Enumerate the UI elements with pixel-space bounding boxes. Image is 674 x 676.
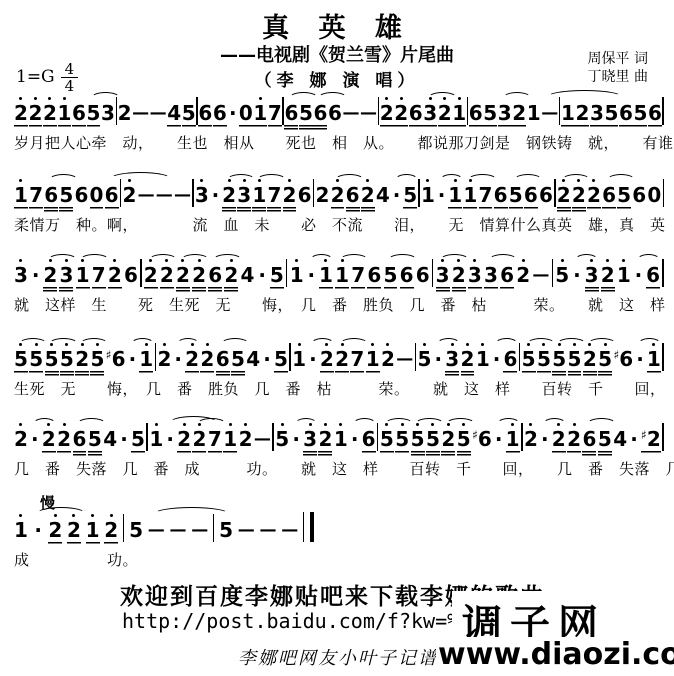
note: 6 [284, 94, 298, 131]
note: 6 [619, 94, 633, 131]
augmentation-dot: · [629, 420, 640, 457]
barline [432, 259, 434, 287]
note: 1 [366, 340, 380, 377]
note: 2 [572, 176, 586, 213]
augmentation-dot: · [227, 94, 238, 131]
note: 2 [157, 340, 171, 377]
lyrics-row: 成 功。 [14, 549, 314, 570]
note: ♯6 [106, 336, 126, 377]
time-signature: 44 [61, 62, 79, 93]
note: 7 [351, 256, 365, 293]
note: 5 [418, 340, 432, 377]
note: 6 [648, 94, 662, 131]
note: 6 [298, 176, 312, 213]
note: 5 [522, 340, 536, 377]
note: 2 [335, 340, 349, 377]
barline [286, 259, 288, 287]
note: 2 [524, 420, 538, 457]
note: 3 [195, 176, 209, 213]
sharp-sign: ♯ [641, 428, 647, 442]
note: 1 [139, 340, 153, 377]
augmentation-dot: · [307, 340, 318, 377]
dash-note: — [191, 511, 208, 548]
note: 6 [539, 176, 553, 213]
note: 5 [483, 94, 497, 131]
note: 1 [58, 94, 72, 131]
note: 2 [516, 256, 530, 293]
note: 1 [86, 511, 100, 548]
note: 1 [149, 420, 163, 457]
note: 1 [14, 176, 28, 213]
note: 2 [29, 94, 43, 131]
dash-note: — [532, 256, 549, 293]
note: 2 [108, 256, 122, 293]
note: 5 [59, 176, 73, 213]
dash-note: — [170, 511, 187, 548]
note: 5 [231, 340, 245, 377]
note: 4 [167, 94, 181, 131]
credits: 周保平 词 丁晓里 曲 [588, 50, 648, 86]
note: 6 [105, 176, 119, 213]
barline [662, 423, 664, 451]
barline [120, 179, 122, 207]
note: 5 [426, 420, 440, 457]
notation-row: 3·2317262222624·51·1176566323362—5·321·6 [14, 256, 664, 293]
note: 2 [320, 340, 334, 377]
note: 2 [331, 176, 345, 213]
note: ♯2 [641, 416, 661, 457]
note: 6 [632, 176, 646, 213]
note: 4 [376, 176, 390, 213]
note: 7 [208, 420, 222, 457]
barline [192, 179, 194, 207]
note: 2 [557, 176, 571, 213]
augmentation-dot: · [349, 420, 360, 457]
note: 3 [498, 94, 512, 131]
composer-credit: 丁晓里 曲 [588, 68, 648, 86]
note: 2 [552, 420, 566, 457]
note: ♯6 [472, 416, 492, 457]
note: 6 [346, 176, 360, 213]
note: 6 [74, 176, 88, 213]
note: 6 [400, 256, 414, 293]
note: 2 [394, 94, 408, 131]
note: 6 [582, 420, 596, 457]
note: 1 [527, 94, 541, 131]
dash-note: — [138, 176, 155, 213]
sharp-sign: ♯ [613, 348, 619, 362]
note: 2 [512, 94, 526, 131]
score-line-2: 17656062———3·23172622624·51·117656622265… [14, 176, 664, 235]
barline [662, 343, 664, 371]
note: 2 [587, 176, 601, 213]
dash-note: — [238, 511, 255, 548]
note: 6 [494, 176, 508, 213]
note: 7 [267, 176, 281, 213]
note: 4 [103, 420, 117, 457]
note: 7 [350, 340, 364, 377]
note: 2 [118, 94, 132, 131]
note: 1 [452, 94, 466, 131]
note: 2 [75, 340, 89, 377]
augmentation-dot: · [571, 256, 582, 293]
note: 6 [416, 256, 430, 293]
tempo-mark: 慢 [40, 492, 314, 513]
barline [415, 343, 417, 371]
note: 1 [448, 176, 462, 213]
barline [272, 423, 274, 451]
note: 6 [73, 420, 87, 457]
note: 1 [335, 256, 349, 293]
score-line-3: 3·2317262222624·51·1176566323362—5·321·6… [14, 256, 664, 315]
dash-note: — [342, 94, 359, 131]
note: 5 [411, 420, 425, 457]
note: 3 [59, 256, 73, 293]
note: 2 [185, 340, 199, 377]
note: 2 [381, 340, 395, 377]
note: 1 [319, 256, 333, 293]
barline [519, 343, 521, 371]
rest-note: 0 [239, 94, 253, 131]
performer-line: （李 娜 演 唱） [0, 66, 674, 91]
dash-note: — [396, 340, 413, 377]
note: 5 [598, 340, 612, 377]
note: 4 [613, 420, 627, 457]
note: 5 [14, 340, 28, 377]
note: 5 [537, 340, 551, 377]
note: 5 [275, 420, 289, 457]
augmentation-dot: · [493, 420, 504, 457]
note: 1 [463, 176, 477, 213]
dash-note: — [260, 511, 277, 548]
barline [662, 259, 664, 287]
sheet-music-page: 真 英 雄 ——电视剧《贺兰雪》片尾曲 （李 娜 演 唱） 周保平 词 丁晓里 … [0, 0, 674, 676]
note: 5 [568, 340, 582, 377]
time-numerator: 4 [61, 62, 79, 78]
augmentation-dot: · [306, 256, 317, 293]
rest-note: 0 [647, 176, 661, 213]
note: 1 [253, 94, 267, 131]
dash-note: — [132, 94, 149, 131]
note: 2 [192, 256, 206, 293]
note: 6 [208, 256, 222, 293]
barline [521, 423, 523, 451]
notation-row: 17656062———3·23172622624·51·117656622265… [14, 176, 664, 213]
note: 2 [122, 176, 136, 213]
note: 6 [469, 94, 483, 131]
note: 5 [395, 420, 409, 457]
sharp-sign: ♯ [472, 428, 478, 442]
barline [213, 514, 215, 542]
augmentation-dot: · [33, 511, 44, 548]
lyrics-row: 岁月把人心牵 动， 生也 相从 死也 相 从。 都说那刀剑是 钢铁铸 就， 有谁… [14, 132, 664, 153]
key-label: 1=G [16, 67, 55, 87]
augmentation-dot: · [30, 256, 41, 293]
note: 5 [633, 94, 647, 131]
note: 5 [87, 94, 101, 131]
dash-note: — [150, 94, 167, 131]
note: 2 [57, 420, 71, 457]
barline [662, 97, 664, 125]
note: 5 [403, 176, 417, 213]
lyricist-credit: 周保平 词 [588, 50, 648, 68]
barline [552, 259, 554, 287]
augmentation-dot: · [539, 420, 550, 457]
note: 1 [290, 256, 304, 293]
note: 6 [124, 256, 138, 293]
note: 6 [524, 176, 538, 213]
note: 6 [44, 176, 58, 213]
note: 5 [457, 420, 471, 457]
note: 5 [274, 340, 288, 377]
note: 5 [219, 511, 233, 548]
augmentation-dot: · [291, 420, 302, 457]
note: 4 [246, 340, 260, 377]
note: 1 [252, 176, 266, 213]
augmentation-dot: · [257, 256, 268, 293]
note: 2 [176, 256, 190, 293]
dash-note: — [148, 511, 165, 548]
augmentation-dot: · [173, 340, 184, 377]
time-denominator: 4 [61, 78, 79, 93]
note: 1 [476, 340, 490, 377]
barline [663, 179, 665, 207]
note: 5 [131, 420, 145, 457]
note: 5 [299, 94, 313, 131]
note: 3 [445, 340, 459, 377]
note: 6 [198, 94, 212, 131]
notation-row: 22216532——4566·0176566——22632165321—1235… [14, 94, 664, 131]
barline [155, 343, 157, 371]
note: 1 [14, 511, 28, 548]
note: 1 [617, 256, 631, 293]
dash-note: — [281, 511, 298, 548]
note: 5 [29, 340, 43, 377]
note: 2 [222, 176, 236, 213]
augmentation-dot: · [391, 176, 402, 213]
augmentation-dot: · [436, 176, 447, 213]
barline [140, 259, 142, 287]
note: 2 [144, 256, 158, 293]
note: 2 [160, 256, 174, 293]
note: 5 [552, 340, 566, 377]
note: 1 [334, 420, 348, 457]
dash-note: — [254, 420, 271, 457]
note: 3 [468, 256, 482, 293]
note: 3 [237, 176, 251, 213]
note: 2 [380, 94, 394, 131]
augmentation-dot: · [210, 176, 221, 213]
note: 1 [421, 176, 435, 213]
augmentation-dot: · [433, 340, 444, 377]
note: 3 [303, 420, 317, 457]
barline [418, 179, 420, 207]
note: 2 [318, 420, 332, 457]
note: 1 [223, 420, 237, 457]
note: 5 [60, 340, 74, 377]
lyrics-row: 就 这样 生 死 生死 无 悔， 几 番 胜负 几 番 枯 荣。 就 这 样 [14, 294, 664, 315]
note: 7 [268, 94, 282, 131]
note: 5 [509, 176, 523, 213]
note: 2 [43, 256, 57, 293]
note: 7 [479, 176, 493, 213]
note: 5 [598, 420, 612, 457]
transcriber-text: 李娜吧网友小叶子记谱 [238, 644, 438, 670]
note: 6 [367, 256, 381, 293]
note: 5 [384, 256, 398, 293]
note: 6 [503, 340, 517, 377]
score-line-1: 22216532——4566·0176566——22632165321—1235… [14, 94, 664, 153]
notation-row: 555525♯6·12·22654·51·22712—5·321·6555525… [14, 336, 664, 377]
note: 6 [500, 256, 514, 293]
lyrics-row: 生死 无 悔， 几 番 胜负 几 番 枯 荣。 就 这 样 百转 千 回， [14, 378, 664, 399]
notation-row: 1·22125———5——— [14, 511, 314, 548]
notation-row: 2·22654·51·22712—5·321·6555525♯6·12·2265… [14, 416, 664, 457]
note: 5 [604, 94, 618, 131]
final-barline [303, 512, 314, 542]
augmentation-dot: · [119, 420, 130, 457]
rest-note: 0 [90, 176, 104, 213]
note: 2 [239, 420, 253, 457]
note: 2 [42, 420, 56, 457]
barline [313, 179, 315, 207]
note: 3 [585, 256, 599, 293]
note: 6 [362, 420, 376, 457]
barline [123, 514, 125, 542]
note: 5 [90, 340, 104, 377]
note: 5 [555, 256, 569, 293]
score-line-6: 慢 1·22125———5——— 成 功。 [14, 492, 314, 570]
note: 2 [14, 420, 28, 457]
note: 3 [436, 256, 450, 293]
lyrics-row: 几 番 失落 几 番 成 功。 就 这 样 百转 千 回， 几 番 失落 几 番 [14, 458, 664, 479]
note: 1 [561, 94, 575, 131]
augmentation-dot: · [633, 256, 644, 293]
note: 6 [216, 340, 230, 377]
note: 5 [617, 176, 631, 213]
note: 4 [241, 256, 255, 293]
note: 1 [76, 256, 90, 293]
note: 5 [270, 256, 284, 293]
score-line-5: 2·22654·51·22712—5·321·6555525♯6·12·2265… [14, 416, 664, 479]
augmentation-dot: · [262, 340, 273, 377]
note: 6 [313, 94, 327, 131]
note: 2 [361, 176, 375, 213]
note: 2 [283, 176, 297, 213]
dash-note: — [156, 176, 173, 213]
song-subtitle: ——电视剧《贺兰雪》片尾曲 [0, 41, 674, 67]
note: 2 [104, 511, 118, 548]
note: 1 [647, 340, 661, 377]
note: 6 [409, 94, 423, 131]
note: 5 [380, 420, 394, 457]
note: 7 [29, 176, 43, 213]
note: 2 [48, 511, 62, 548]
note: 3 [423, 94, 437, 131]
augmentation-dot: · [29, 420, 40, 457]
lyrics-row: 柔情万 种。啊， 流 血 未 必 不流 泪， 无 情算什么真英 雄，真 英 雄。 [14, 214, 664, 235]
barline [289, 343, 291, 371]
note: ♯6 [613, 336, 633, 377]
sharp-sign: ♯ [106, 348, 112, 362]
key-signature: 1=G44 [16, 62, 78, 93]
note: 2 [192, 420, 206, 457]
note: 2 [441, 420, 455, 457]
note: 2 [14, 94, 28, 131]
note: 3 [590, 94, 604, 131]
note: 2 [43, 94, 57, 131]
note: 6 [328, 94, 342, 131]
watermark-site-url: www.diaozi.com [436, 637, 674, 672]
note: 5 [129, 511, 143, 548]
note: 5 [45, 340, 59, 377]
note: 2 [575, 94, 589, 131]
note: 2 [177, 420, 191, 457]
augmentation-dot: · [165, 420, 176, 457]
note: 6 [213, 94, 227, 131]
barline [146, 423, 148, 451]
note: 3 [484, 256, 498, 293]
barline [554, 179, 556, 207]
note: 3 [101, 94, 115, 131]
url-text: http://post.baidu.com/f?kw=%C0% [122, 609, 495, 633]
dash-note: — [174, 176, 191, 213]
note: 3 [14, 256, 28, 293]
note: 2 [67, 511, 81, 548]
note: 2 [601, 256, 615, 293]
barline [377, 423, 379, 451]
song-title: 真 英 雄 [0, 6, 674, 45]
note: 2 [224, 256, 238, 293]
note: 2 [461, 340, 475, 377]
note: 5 [182, 94, 196, 131]
note: 1 [292, 340, 306, 377]
note: 6 [72, 94, 86, 131]
augmentation-dot: · [491, 340, 502, 377]
note: 2 [438, 94, 452, 131]
note: 6 [646, 256, 660, 293]
note: 6 [602, 176, 616, 213]
note: 7 [92, 256, 106, 293]
augmentation-dot: · [635, 340, 646, 377]
note: 2 [583, 340, 597, 377]
note: 2 [567, 420, 581, 457]
note: 2 [315, 176, 329, 213]
augmentation-dot: · [127, 340, 138, 377]
note: 5 [88, 420, 102, 457]
note: 2 [200, 340, 214, 377]
dash-note: — [360, 94, 377, 131]
score-line-4: 555525♯6·12·22654·51·22712—5·321·6555525… [14, 336, 664, 399]
note: 2 [452, 256, 466, 293]
dash-note: — [541, 94, 558, 131]
note: 1 [506, 420, 520, 457]
